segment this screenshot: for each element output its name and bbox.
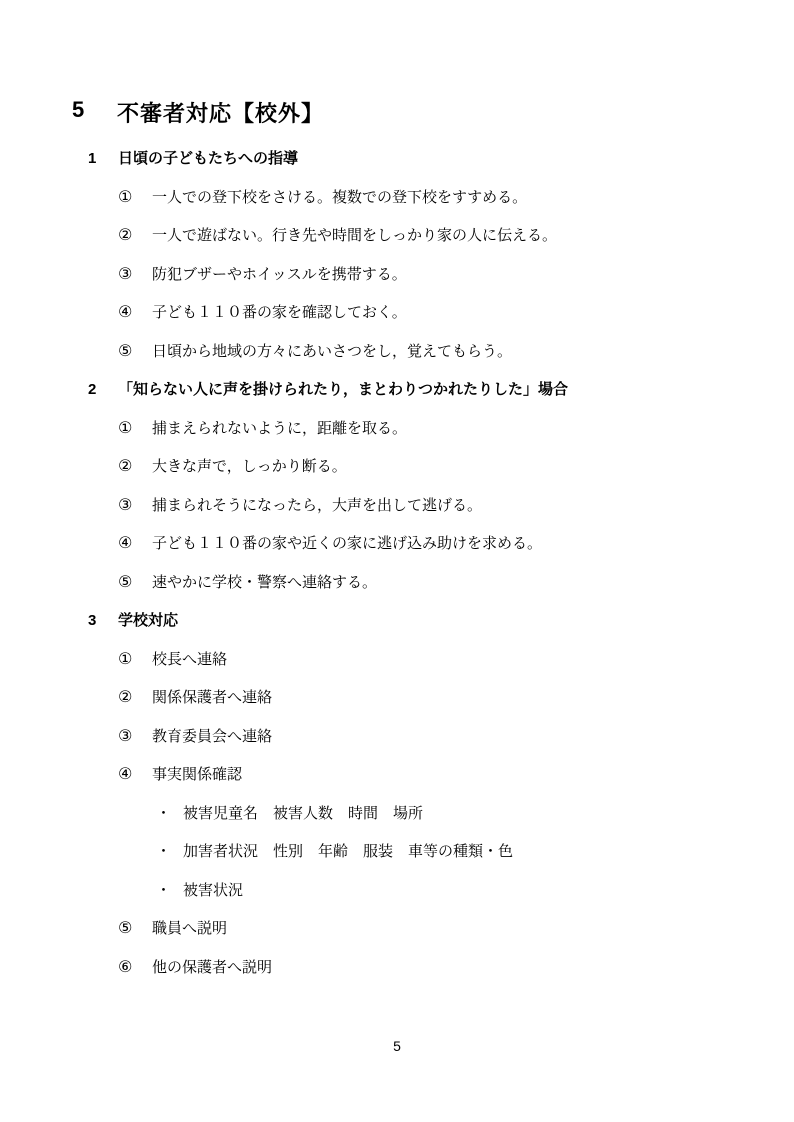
item-text: 速やかに学校・警察へ連絡する。 (152, 573, 377, 593)
section-number: 2 (88, 380, 118, 400)
item-marker: ⑤ (118, 573, 152, 593)
item-marker: ② (118, 688, 152, 708)
list-item: ② 一人で遊ばない。行き先や時間をしっかり家の人に伝える。 (0, 226, 794, 265)
item-marker: ① (118, 419, 152, 439)
section-heading: 2 「知らない人に声を掛けられたり，まとわりつかれたりした」場合 (0, 380, 794, 419)
item-marker: ③ (118, 265, 152, 285)
bullet: ・ (156, 881, 183, 901)
list-item: ① 一人での登下校をさける。複数での登下校をすすめる。 (0, 188, 794, 227)
list-item: ③ 防犯ブザーやホイッスルを携帯する。 (0, 265, 794, 304)
list-item: ① 校長へ連絡 (0, 650, 794, 689)
list-item: ④ 事実関係確認 (0, 765, 794, 804)
item-text: 校長へ連絡 (152, 650, 227, 670)
item-text: 他の保護者へ説明 (152, 958, 272, 978)
list-item: ③ 教育委員会へ連絡 (0, 727, 794, 766)
item-text: 一人での登下校をさける。複数での登下校をすすめる。 (152, 188, 527, 208)
list-item: ② 大きな声で，しっかり断る。 (0, 457, 794, 496)
sub-item-text: 被害状況 (183, 881, 243, 901)
page-title-text: 不審者対応【校外】 (117, 97, 324, 128)
item-text: 大きな声で，しっかり断る。 (152, 457, 347, 477)
page-title-number: 5 (72, 97, 117, 123)
page-number: 5 (0, 1038, 794, 1054)
item-marker: ② (118, 457, 152, 477)
list-item: ⑤ 日頃から地域の方々にあいさつをし，覚えてもらう。 (0, 342, 794, 381)
item-marker: ③ (118, 496, 152, 516)
item-marker: ④ (118, 534, 152, 554)
section-heading: 1 日頃の子どもたちへの指導 (0, 149, 794, 188)
item-text: 日頃から地域の方々にあいさつをし，覚えてもらう。 (152, 342, 512, 362)
item-marker: ① (118, 188, 152, 208)
sub-list-item: ・ 被害状況 (0, 881, 794, 920)
item-text: 子ども１１０番の家を確認しておく。 (152, 303, 407, 323)
section-heading-text: 日頃の子どもたちへの指導 (118, 149, 298, 169)
document-page: 5 不審者対応【校外】 1 日頃の子どもたちへの指導 ① 一人での登下校をさける… (0, 0, 794, 1122)
item-marker: ④ (118, 765, 152, 785)
item-marker: ⑥ (118, 958, 152, 978)
bullet: ・ (156, 804, 183, 824)
page-title: 5 不審者対応【校外】 (72, 97, 324, 128)
bullet: ・ (156, 842, 183, 862)
item-marker: ④ (118, 303, 152, 323)
section-number: 1 (88, 149, 118, 169)
item-text: 事実関係確認 (152, 765, 242, 785)
sub-list-item: ・ 加害者状況 性別 年齢 服装 車等の種類・色 (0, 842, 794, 881)
item-text: 教育委員会へ連絡 (152, 727, 272, 747)
item-marker: ③ (118, 727, 152, 747)
list-item: ⑥ 他の保護者へ説明 (0, 958, 794, 997)
item-text: 一人で遊ばない。行き先や時間をしっかり家の人に伝える。 (152, 226, 557, 246)
list-item: ① 捕まえられないように，距離を取る。 (0, 419, 794, 458)
list-item: ② 関係保護者へ連絡 (0, 688, 794, 727)
list-item: ④ 子ども１１０番の家や近くの家に逃げ込み助けを求める。 (0, 534, 794, 573)
item-marker: ⑤ (118, 919, 152, 939)
item-marker: ① (118, 650, 152, 670)
list-item: ⑤ 速やかに学校・警察へ連絡する。 (0, 573, 794, 612)
section-heading-text: 学校対応 (118, 611, 178, 631)
document-body: 1 日頃の子どもたちへの指導 ① 一人での登下校をさける。複数での登下校をすすめ… (0, 149, 794, 996)
item-text: 捕まえられないように，距離を取る。 (152, 419, 407, 439)
section-heading-text: 「知らない人に声を掛けられたり，まとわりつかれたりした」場合 (118, 380, 568, 400)
item-text: 子ども１１０番の家や近くの家に逃げ込み助けを求める。 (152, 534, 542, 554)
section-number: 3 (88, 611, 118, 631)
list-item: ④ 子ども１１０番の家を確認しておく。 (0, 303, 794, 342)
list-item: ③ 捕まられそうになったら，大声を出して逃げる。 (0, 496, 794, 535)
item-text: 防犯ブザーやホイッスルを携帯する。 (152, 265, 407, 285)
item-text: 関係保護者へ連絡 (152, 688, 272, 708)
sub-item-text: 加害者状況 性別 年齢 服装 車等の種類・色 (183, 842, 513, 862)
section-heading: 3 学校対応 (0, 611, 794, 650)
item-text: 捕まられそうになったら，大声を出して逃げる。 (152, 496, 482, 516)
sub-item-text: 被害児童名 被害人数 時間 場所 (183, 804, 423, 824)
item-marker: ⑤ (118, 342, 152, 362)
item-text: 職員へ説明 (152, 919, 227, 939)
item-marker: ② (118, 226, 152, 246)
list-item: ⑤ 職員へ説明 (0, 919, 794, 958)
sub-list-item: ・ 被害児童名 被害人数 時間 場所 (0, 804, 794, 843)
